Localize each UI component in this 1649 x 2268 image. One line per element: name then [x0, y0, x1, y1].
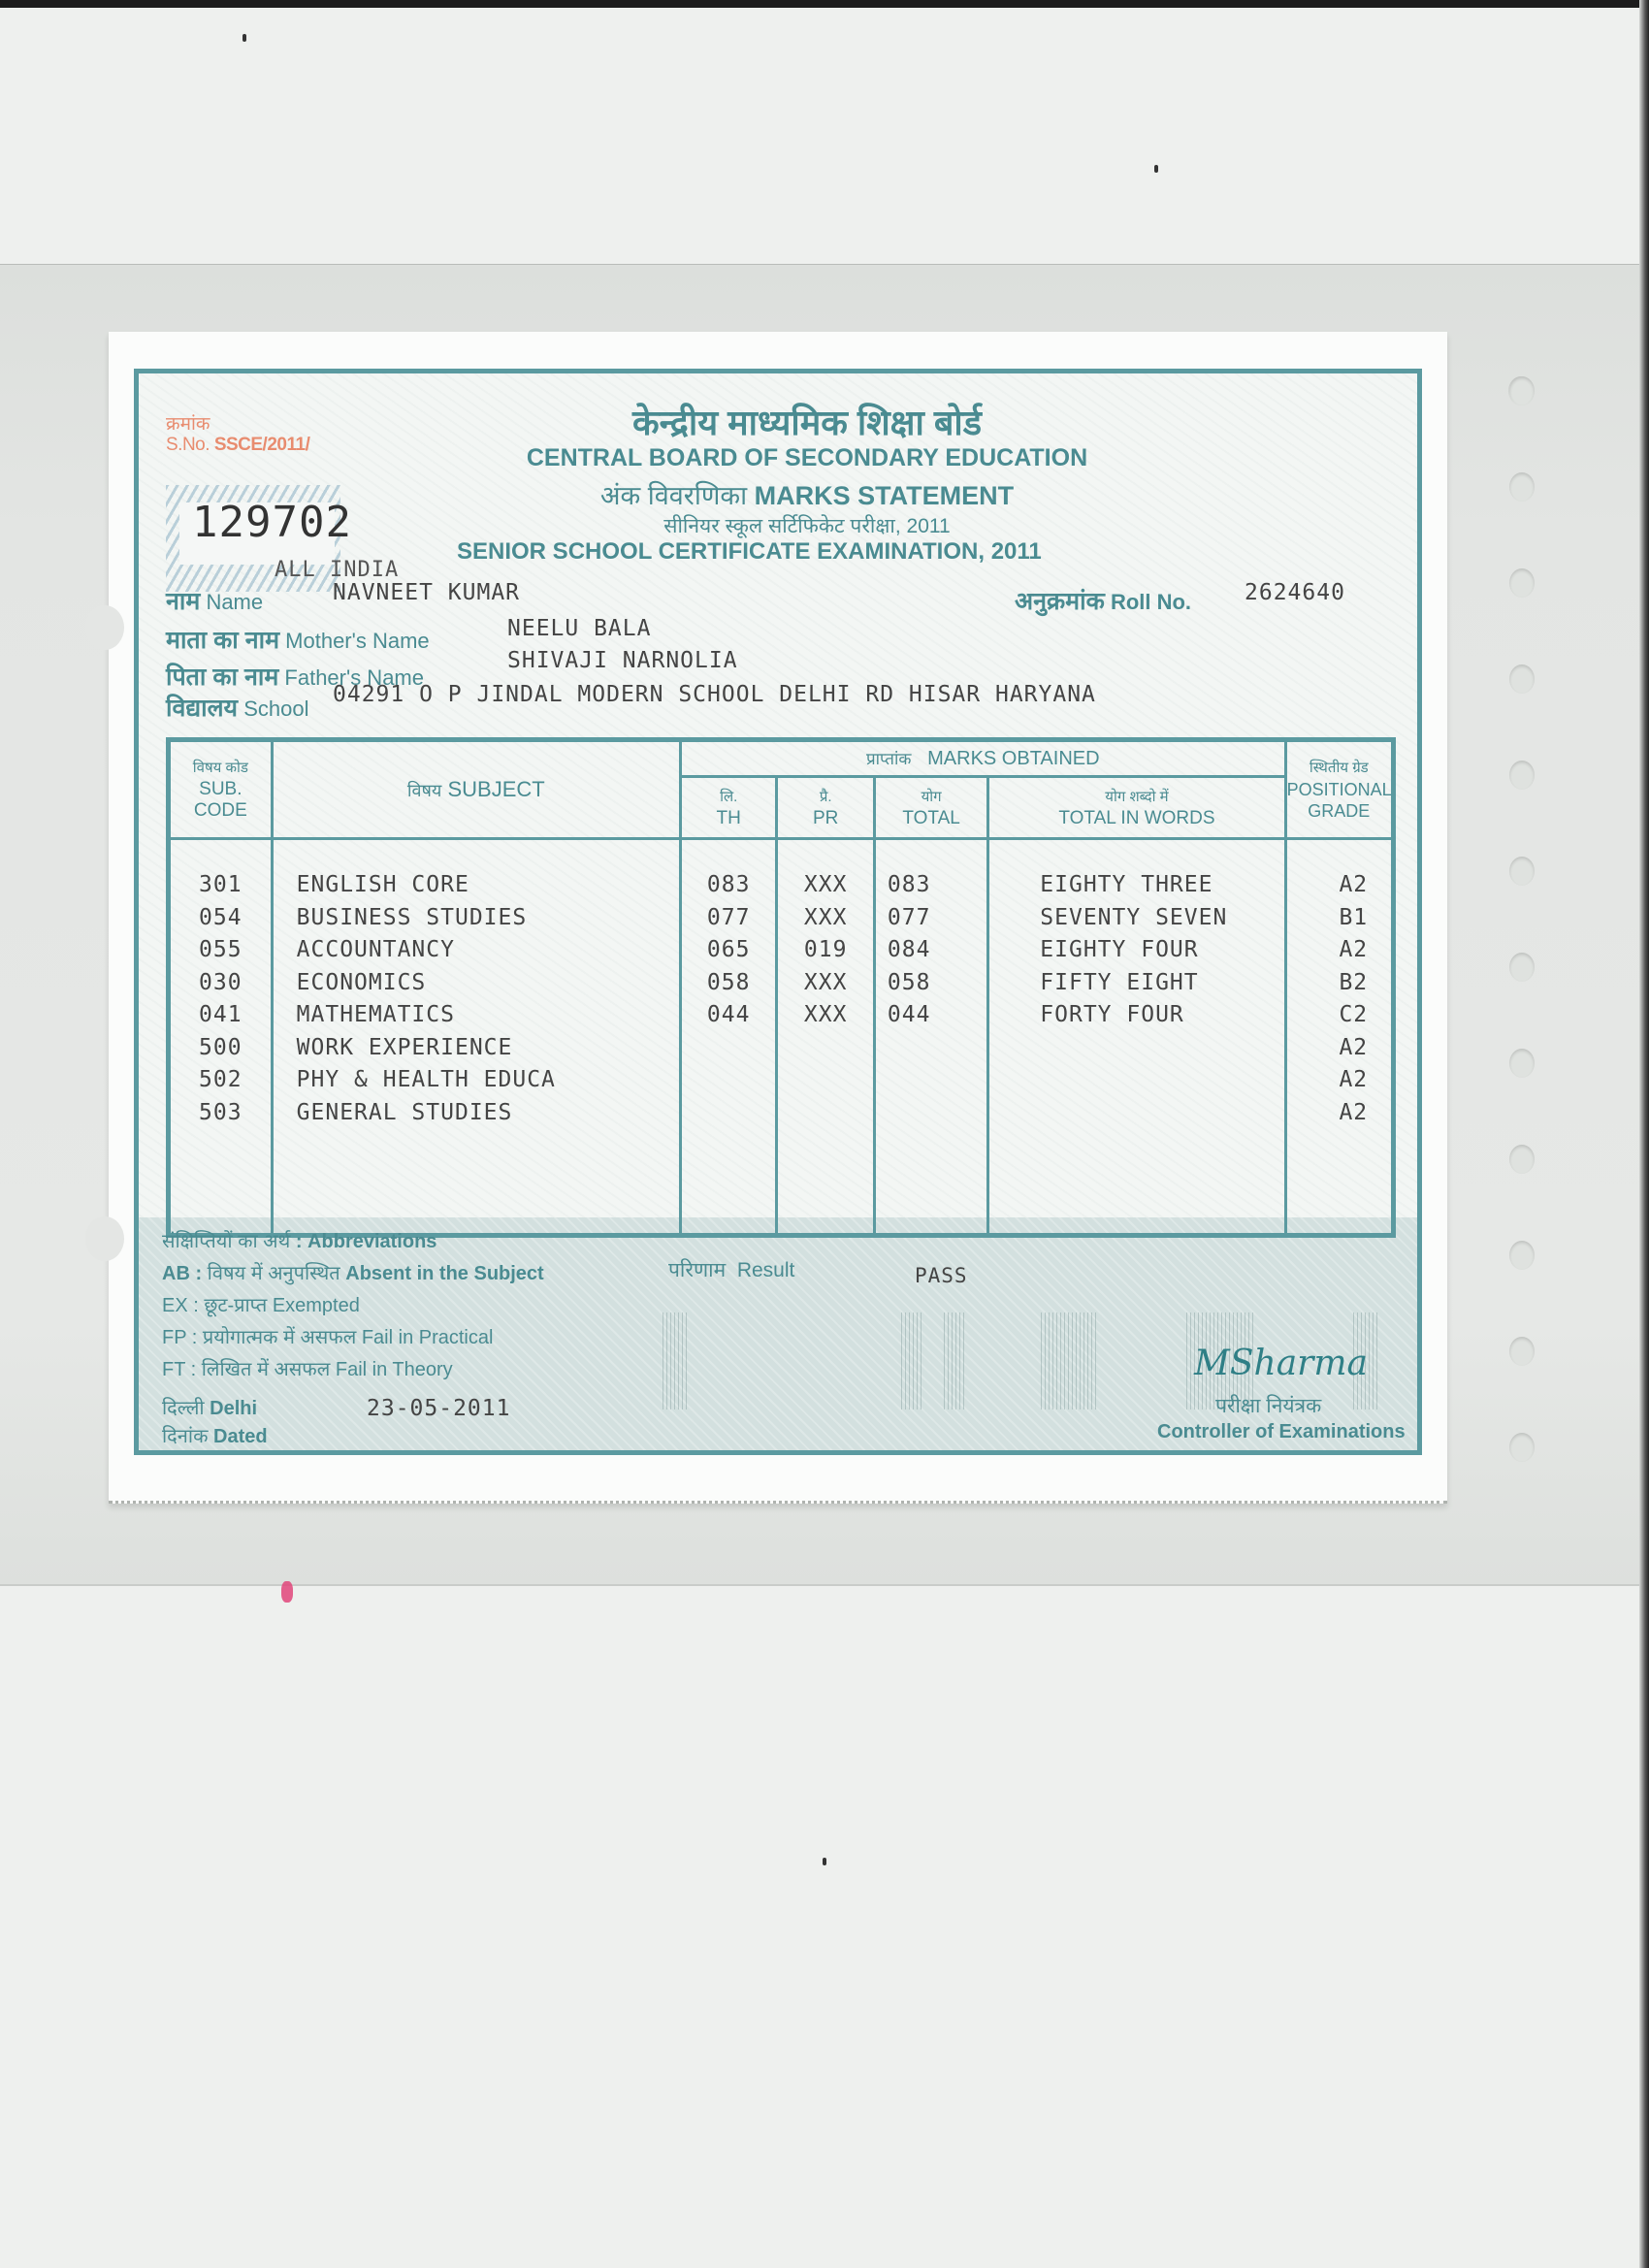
ink-mark [281, 1581, 293, 1603]
result-label: परिणाम Result [668, 1256, 794, 1283]
school-label: विद्यालय School [166, 691, 308, 724]
abbreviation-ft: FT : लिखित में असफल Fail in Theory [162, 1355, 453, 1381]
abbreviation-ab: AB : विषय में अनुपस्थित Absent in the Su… [162, 1259, 544, 1285]
roll-no-label: अनुक्रमांक Roll No. [1015, 584, 1191, 617]
abbreviations-title: संक्षिप्तियों का अर्थ : Abbreviations [162, 1227, 436, 1253]
issue-date: 23-05-2011 [367, 1396, 510, 1421]
scan-edge-right [1639, 0, 1649, 2268]
col-grade: A2B1A2B2C2A2A2A2 [1285, 839, 1393, 1236]
father-name: SHIVAJI NARNOLIA [507, 648, 738, 673]
header-sub-code: विषय कोडSUB. CODE [169, 740, 273, 839]
header-subject: विषय SUBJECT [272, 740, 680, 839]
dust-speck [242, 34, 246, 42]
punch-hole-left [85, 605, 124, 650]
dust-speck [823, 1858, 826, 1865]
name-label: नाम Name [166, 584, 263, 617]
header-positional-grade: स्थितीय ग्रेडPOSITIONAL GRADE [1285, 740, 1393, 839]
dated-label: दिनांक Dated [162, 1422, 268, 1448]
exam-name: SENIOR SCHOOL CERTIFICATE EXAMINATION, 2… [457, 538, 1042, 566]
region-label: ALL INDIA [275, 558, 399, 582]
exam-name-hindi: सीनियर स्कूल सर्टिफिकेट परीक्षा, 2011 [139, 512, 1417, 539]
abbreviation-ex: EX : छूट-प्राप्त Exempted [162, 1291, 360, 1317]
dust-speck [1154, 165, 1158, 173]
result-value: PASS [915, 1264, 968, 1287]
col-practical: XXXXXX019XXXXXX [777, 839, 874, 1236]
scan-edge-top [0, 0, 1649, 8]
mother-name-label: माता का नाम Mother's Name [166, 623, 430, 656]
mother-name: NEELU BALA [507, 616, 651, 641]
place-label: दिल्ली Delhi [162, 1394, 257, 1420]
abbreviation-fp: FP : प्रयोगात्मक में असफल Fail in Practi… [162, 1323, 493, 1349]
header-th: लि.TH [680, 777, 776, 839]
col-subject: ENGLISH COREBUSINESS STUDIESACCOUNTANCYE… [272, 839, 680, 1236]
header-total: योगTOTAL [874, 777, 987, 839]
board-name: CENTRAL BOARD OF SECONDARY EDUCATION [139, 444, 1417, 472]
punch-hole-left [85, 1216, 124, 1261]
board-name-hindi: केन्द्रीय माध्यमिक शिक्षा बोर्ड [139, 398, 1417, 445]
col-theory: 083077065058044 [680, 839, 776, 1236]
security-stripe [944, 1312, 965, 1409]
signatory-title: Controller of Examinations [1157, 1421, 1406, 1443]
controller-signature: MSharma [1194, 1344, 1368, 1383]
candidate-name: NAVNEET KUMAR [333, 580, 520, 605]
roll-number: 2624640 [1245, 580, 1345, 605]
header-total-in-words: योग शब्दो मेंTOTAL IN WORDS [988, 777, 1285, 839]
document-title: अंक विवरणिका MARKS STATEMENT [139, 476, 1417, 512]
header-marks-obtained: प्राप्तांक MARKS OBTAINED [680, 740, 1285, 777]
col-total-in-words: EIGHTY THREESEVENTY SEVENEIGHTY FOURFIFT… [988, 839, 1285, 1236]
security-stripe [663, 1312, 688, 1409]
signatory-title-hindi: परीक्षा नियंत्रक [1215, 1392, 1321, 1419]
certificate-frame: क्रमांक S.No. SSCE/2011/ 129702 ALL INDI… [134, 369, 1422, 1455]
security-stripe [1041, 1312, 1099, 1409]
security-stripe [901, 1312, 924, 1409]
header-pr: प्रै.PR [777, 777, 874, 839]
school-name: 04291 O P JINDAL MODERN SCHOOL DELHI RD … [333, 682, 1096, 707]
col-total: 083077084058044 [874, 839, 987, 1236]
marks-table: विषय कोडSUB. CODE विषय SUBJECT प्राप्तां… [166, 737, 1396, 1238]
col-sub-code: 301054055030041500502503 [169, 839, 273, 1236]
